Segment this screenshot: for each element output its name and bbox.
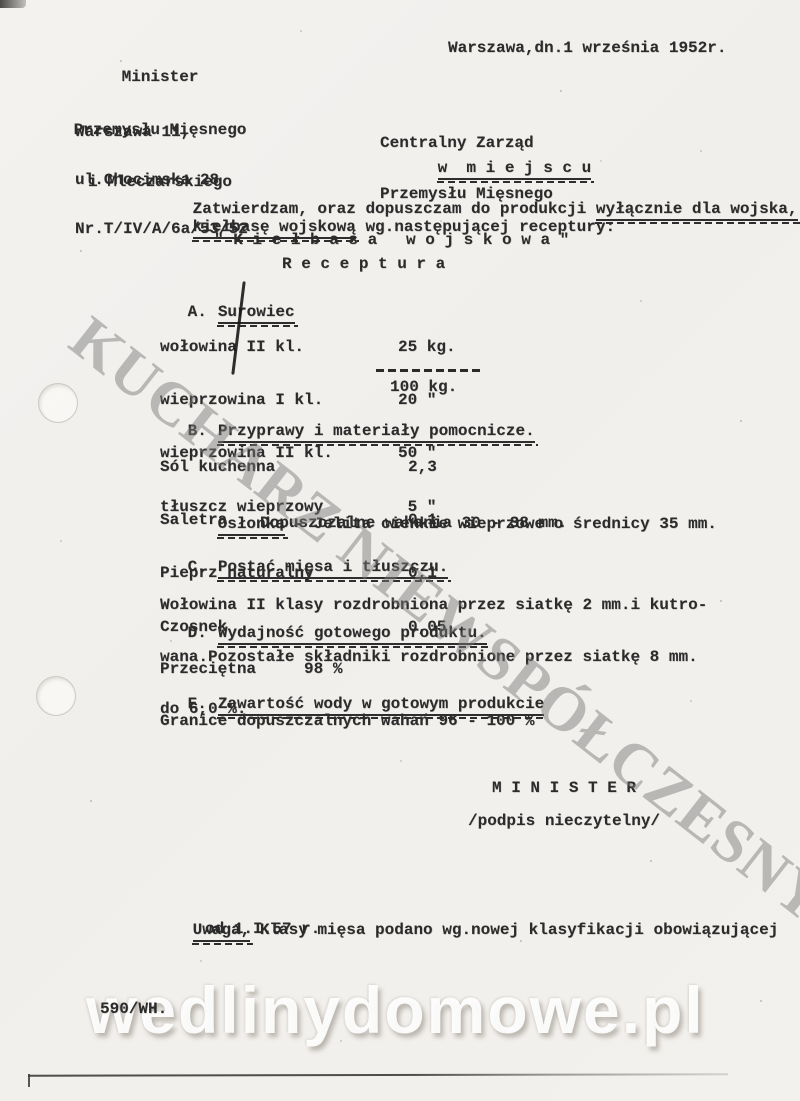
scanned-document-page: wedlinydomowe.pl Minister Przemysłu Mięs… xyxy=(0,0,800,1101)
document-subtitle: R e c e p t u r a xyxy=(282,255,445,273)
sender-title-line: Minister xyxy=(58,69,262,87)
approval-underlined-military: wyłącznie dla wojska, xyxy=(596,200,798,221)
ingredient-value: 25 kg. xyxy=(398,339,456,356)
date-line: Warszawa,dn.1 września 1952r. xyxy=(448,39,726,57)
section-e-body: do 6,0 %. xyxy=(160,700,246,718)
ingredient-row: wołowina II kl.25 kg. xyxy=(160,339,456,356)
remark-text: Klasy mięsa podano wg.nowej klasyfikacji… xyxy=(250,921,778,939)
scan-edge-corner xyxy=(28,1074,30,1087)
signature-note: /podpis nieczytelny/ xyxy=(468,812,660,830)
file-number: 590/WH. xyxy=(100,1000,167,1018)
scan-corner-smudge xyxy=(0,0,26,8)
sender-address-line: Warszawa 11, xyxy=(75,124,248,140)
total-weight: 100 kg. xyxy=(390,378,457,396)
sum-divider-dashes xyxy=(376,369,480,372)
spice-value: 2,3 xyxy=(408,459,437,476)
ingredient-name: wołowina II kl. xyxy=(160,339,398,356)
remark-line-2: od 1.I.57 r. xyxy=(205,920,320,938)
document-title: " K i e ł b a s a w o j s k o w a " xyxy=(214,231,569,249)
in-place-text: w m i e j s c u xyxy=(438,159,592,180)
